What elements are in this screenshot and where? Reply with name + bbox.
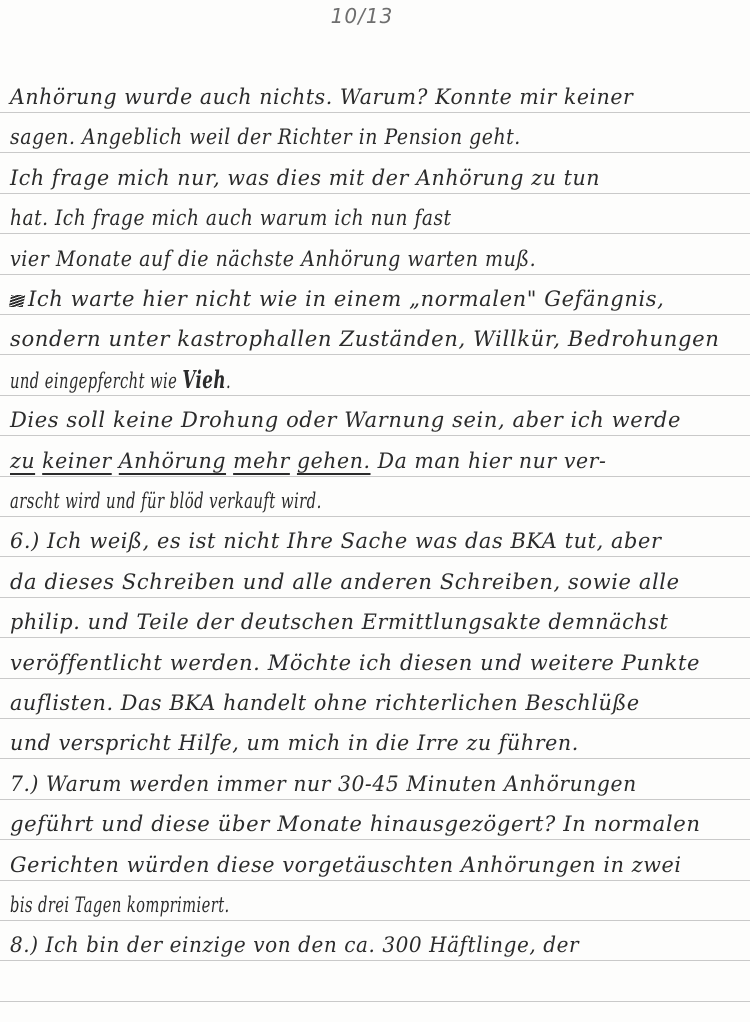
text-segment: sondern unter kastrophallen Zuständen, W… [10,327,719,351]
text-line: bis drei Tagen komprimiert. [10,888,525,922]
text-line: Dies soll keine Drohung oder Warnung sei… [10,403,745,437]
text-segment: Ich frage mich nur, was dies mit der Anh… [10,166,600,190]
text-line: und verspricht Hilfe, um mich in die Irr… [10,726,730,760]
text-line: veröffentlicht werden. Möchte ich diesen… [10,646,745,680]
text-line: Ich warte hier nicht wie in einem „norma… [10,282,745,316]
text-line: und eingepfercht wie Vieh. [10,363,525,397]
text-segment [112,449,119,473]
text-segment: auflisten. Das BKA handelt ohne richterl… [10,691,640,715]
text-line: Anhörung wurde auch nichts. Warum? Konnt… [10,80,725,114]
page-number: 10/13 [0,4,737,28]
text-segment: 7.) Warum werden immer nur 30-45 Minuten… [10,772,637,796]
text-line: auflisten. Das BKA handelt ohne richterl… [10,686,735,720]
underlined-word: gehen. [297,449,371,473]
text-segment: Gerichten würden diese vorgetäuschten An… [10,853,682,877]
text-line: 7.) Warum werden immer nur 30-45 Minuten… [10,767,720,801]
text-segment [290,449,297,473]
text-segment: 6.) Ich weiß, es ist nicht Ihre Sache wa… [10,529,662,553]
scribble-mark-icon [9,295,26,307]
text-segment: philip. und Teile der deutschen Ermittlu… [10,610,668,634]
text-line: sondern unter kastrophallen Zuständen, W… [10,322,750,356]
text-line: da dieses Schreiben und alle anderen Sch… [10,565,745,599]
text-segment: Da man hier nur ver- [371,449,607,473]
text-segment: arscht wird und für blöd verkauft wird. [10,489,322,513]
text-segment: Ich warte hier nicht wie in einem „norma… [28,287,664,311]
text-line: zu keiner Anhörung mehr gehen. Da man hi… [10,444,725,478]
text-segment: sagen. Angeblich weil der Richter in Pen… [10,125,521,149]
text-line: arscht wird und für blöd verkauft wird. [10,484,530,518]
text-line: 8.) Ich bin der einzige von den ca. 300 … [10,928,710,962]
underlined-word: keiner [42,449,112,473]
text-segment: Dies soll keine Drohung oder Warnung sei… [10,408,681,432]
text-segment: und verspricht Hilfe, um mich in die Irr… [10,731,579,755]
text-segment: hat. Ich frage mich auch warum ich nun f… [10,206,452,230]
text-segment: und eingepfercht wie [10,369,182,393]
text-line: vier Monate auf die nächste Anhörung war… [10,242,675,276]
text-segment: geführt und diese über Monate hinausgezö… [10,812,701,836]
text-segment: veröffentlicht werden. Möchte ich diesen… [10,651,700,675]
handwritten-page: 10/13 Anhörung wurde auch nichts. Warum?… [0,0,750,1022]
text-segment: bis drei Tagen komprimiert. [10,893,230,917]
text-line: philip. und Teile der deutschen Ermittlu… [10,605,735,639]
underlined-word: mehr [233,449,290,473]
text-line: geführt und diese über Monate hinausgezö… [10,807,750,841]
text-line: sagen. Angeblich weil der Richter in Pen… [10,120,670,154]
text-segment: 8.) Ich bin der einzige von den ca. 300 … [10,933,579,957]
text-line: Ich frage mich nur, was dies mit der Anh… [10,161,730,195]
underlined-word: zu [10,449,35,473]
text-line: 6.) Ich weiß, es ist nicht Ihre Sache wa… [10,524,740,558]
text-segment: Anhörung wurde auch nichts. Warum? Konnt… [10,85,633,109]
text-segment: Vieh [182,365,226,394]
text-line: hat. Ich frage mich auch warum ich nun f… [10,201,660,235]
underlined-word: Anhörung [119,449,226,473]
text-line: Gerichten würden diese vorgetäuschten An… [10,848,735,882]
text-segment: vier Monate auf die nächste Anhörung war… [10,247,536,271]
text-segment: . [226,369,231,393]
ruled-line [0,1001,750,1002]
text-segment: da dieses Schreiben und alle anderen Sch… [10,570,680,594]
